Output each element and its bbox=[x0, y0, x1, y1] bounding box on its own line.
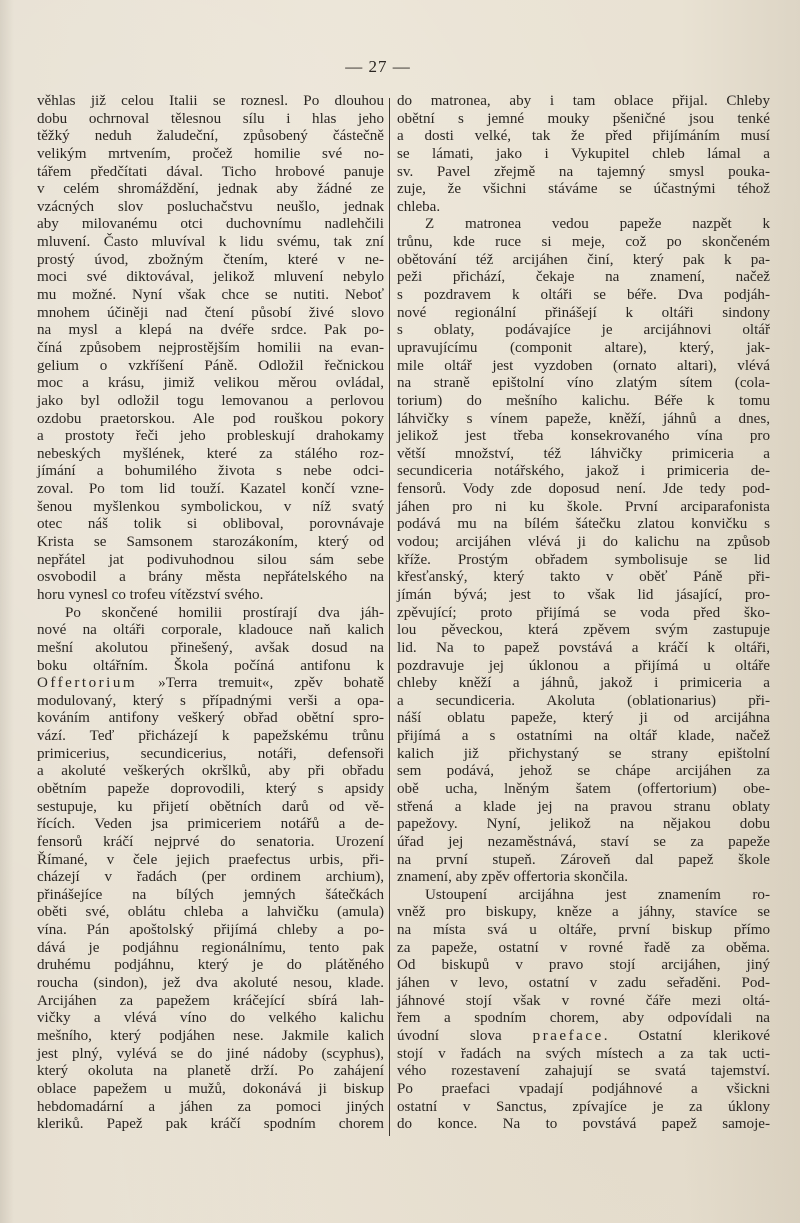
text-line: znamení, aby zpěv offertoria skončila. bbox=[397, 869, 770, 887]
column-divider bbox=[389, 98, 390, 1136]
text-line: mešní akolutou přinešený, avšak dosud na bbox=[37, 640, 384, 658]
spaced-term: Offertorium bbox=[37, 675, 137, 691]
text-line: chleba. bbox=[397, 199, 770, 217]
text-line: moc a krásu, jimiž velikou měrou ovládal… bbox=[37, 375, 384, 393]
text-line: primicerius, secundicerius, notáři, defe… bbox=[37, 746, 384, 764]
text-line: šenou myšlenkou symbolickou, v níž svatý bbox=[37, 499, 384, 517]
text-line: trůnu, kde ruce si meje, což po skončené… bbox=[397, 234, 770, 252]
text-line: boku oltářním. Škola počíná antifonu k bbox=[37, 658, 384, 676]
text-line: křesťanský, který takto v oběť Páně při- bbox=[397, 569, 770, 587]
text-line: vází. Teď přicházejí k papežskému trůnu bbox=[37, 728, 384, 746]
text-line: kříže. Prostým obřadem symbolisuje se li… bbox=[397, 552, 770, 570]
text-line: sv. Pavel zřejmě na tajemný smysl pouka- bbox=[397, 164, 770, 182]
text-line: s pozdravem k oltáři se béře. Dva podjáh… bbox=[397, 287, 770, 305]
text-line: horu vynesl co trofeu vítězství svého. bbox=[37, 587, 384, 605]
text-line: moci své diktovával, jelikož mluvení neb… bbox=[37, 269, 384, 287]
text-line: secundiceria notářského, jakož i primice… bbox=[397, 463, 770, 481]
text-line: lid. Na to papež povstává a kráčí k oltá… bbox=[397, 640, 770, 658]
page-number: — 27 — bbox=[338, 57, 418, 77]
text-line: řem a spodním chorem, aby odpovídali na bbox=[397, 1010, 770, 1028]
text-line: jáhen pro ni ku škole. První arciparafon… bbox=[397, 499, 770, 517]
text-line: vína. Pán apoštolský přijímá chleby a po… bbox=[37, 922, 384, 940]
text-line: pozdravuje jej úklonou a přijímá u oltář… bbox=[397, 658, 770, 676]
text-line: gelium o vzkříšení Páně. Odložil řečnick… bbox=[37, 358, 384, 376]
text-line: tářem předčítati dával. Ticho hrobové pa… bbox=[37, 164, 384, 182]
text-line: stojí v řadách na svých místech a za tak… bbox=[397, 1046, 770, 1064]
text-line: láhvičky s vínem papeže, kněží, jáhnů a … bbox=[397, 411, 770, 429]
text-line: roucha (sindon), jež dva akoluté nesou, … bbox=[37, 975, 384, 993]
text-line: a secundiceria. Akoluta (oblationarius) … bbox=[397, 693, 770, 711]
text-line: Římané, v čele jejich praefectus urbis, … bbox=[37, 852, 384, 870]
text-line: zoval. Po tom lid touží. Kazatel končí v… bbox=[37, 481, 384, 499]
text-line: oběti své, oblátu chleba a lahvičku (amu… bbox=[37, 904, 384, 922]
text-line: přinášejíce na bílých jemných šátečkách bbox=[37, 887, 384, 905]
text-line: Od biskupů v pravo stojí arcijáhen, jiný bbox=[397, 957, 770, 975]
text-line: střená a klade jej na pravou stranu obla… bbox=[397, 799, 770, 817]
text-line: kováním antifony veškerý obřad obětní sp… bbox=[37, 710, 384, 728]
text-line: nebeských myšlének, které za stálého roz… bbox=[37, 446, 384, 464]
text-line: číná způsobem nejprostějším homilii na e… bbox=[37, 340, 384, 358]
text-line: nové na oltáři corporale, kladouce naň k… bbox=[37, 622, 384, 640]
text-line: úvodní slova praeface. Ostatní klerikové bbox=[397, 1028, 770, 1046]
text-line: jáhen v levo, ostatní v zadu seřaděni. P… bbox=[397, 975, 770, 993]
text-line: druhému podjáhnu, který je do plátěného bbox=[37, 957, 384, 975]
text-line: a dosti velké, tak že před přijímáním mu… bbox=[397, 128, 770, 146]
text-line: vodou; arcijáhen vlévá ji do kalichu na … bbox=[397, 534, 770, 552]
text-line: vičky a vlévá víno do velkého kalichu bbox=[37, 1010, 384, 1028]
text-line: jelikož jest třeba konsekrovaného vína p… bbox=[397, 428, 770, 446]
text-line: oblace papežem u mužů, dokonává ji bisku… bbox=[37, 1081, 384, 1099]
spaced-term: praeface bbox=[533, 1028, 604, 1044]
text-line: zpěvující; proto přijímá se voda před šk… bbox=[397, 605, 770, 623]
text-line: Z matronea vedou papeže nazpět k bbox=[397, 216, 770, 234]
text-line: sem podává, jehož se chápe arcijáhen za bbox=[397, 763, 770, 781]
text-line: jímán bývá; jest to však lid jásající, p… bbox=[397, 587, 770, 605]
text-line: Arcijáhen za papežem kráčející sbírá lah… bbox=[37, 993, 384, 1011]
text-line: a prostoty řeči jeho probleskují drahoka… bbox=[37, 428, 384, 446]
text-line: do matronea, aby i tam oblace přijal. Ch… bbox=[397, 93, 770, 111]
text-line: osvobodil a brány města nepřátelského na bbox=[37, 569, 384, 587]
text-line: a akoluté veškerých okršlků, aby při obř… bbox=[37, 763, 384, 781]
right-column: do matronea, aby i tam oblace přijal. Ch… bbox=[397, 93, 770, 1134]
text-line: hebdomadární a jáhen za pomoci jiných bbox=[37, 1099, 384, 1117]
text-line: jako byl odložil togu lemovanou a perlov… bbox=[37, 393, 384, 411]
text-line: dává je podjáhnu regionálnímu, tento pak bbox=[37, 940, 384, 958]
text-line: jáhnové stojí však v rovné čáře mezi olt… bbox=[397, 993, 770, 1011]
text-line: na místa svá u oltáře, první biskup přím… bbox=[397, 922, 770, 940]
text-line: fensorů. Vody zde doposud není. Jde tedy… bbox=[397, 481, 770, 499]
text-line: peži přichází, čekaje na znamení, načež bbox=[397, 269, 770, 287]
text-line: otec náš tolik si obliboval, porovnávaje bbox=[37, 516, 384, 534]
text-line: který okoluta na planetě drží. Po zaháje… bbox=[37, 1063, 384, 1081]
text-line: v celém shromáždění, jednak aby žádné ze bbox=[37, 181, 384, 199]
text-line: Po skončené homilii prostírají dva jáh- bbox=[37, 605, 384, 623]
text-line: Po praefaci vpadají podjáhnové a všickni bbox=[397, 1081, 770, 1099]
text-line: obě ucha, lněným šatem (offertorium) obe… bbox=[397, 781, 770, 799]
text-line: větší množství, též láhvičky primiceria … bbox=[397, 446, 770, 464]
text-line: vněž pro biskupy, kněze a jáhny, stavíce… bbox=[397, 904, 770, 922]
text-line: na první stupeň. Zároveň dal papež škole bbox=[397, 852, 770, 870]
text-line: přijímá a s ostatními na oltář klade, na… bbox=[397, 728, 770, 746]
text-line: torium) do mešního kalichu. Béře k tomu bbox=[397, 393, 770, 411]
text-line: sestupuje, ku přijetí obětních darů od v… bbox=[37, 799, 384, 817]
text-line: obětním papeže doprovodili, který s apsi… bbox=[37, 781, 384, 799]
text-line: ostatní v Sanctus, zpívajíce je za úklon… bbox=[397, 1099, 770, 1117]
text-line: cházejí v řadách (per ordinem archium), bbox=[37, 869, 384, 887]
text-line: kleriků. Papež pak kráčí spodním chorem bbox=[37, 1116, 384, 1134]
text-line: Krista se Samsonem starozákoním, který o… bbox=[37, 534, 384, 552]
text-line: obětní s jemné mouky pšeničné jsou tenké bbox=[397, 111, 770, 129]
text-line: papežovy. Nyní, jelikož na nějakou dobu bbox=[397, 816, 770, 834]
text-line: řících. Veden jsa primiceriem notářů a d… bbox=[37, 816, 384, 834]
text-line: věhlas již celou Italii se roznesl. Po d… bbox=[37, 93, 384, 111]
text-line: náší oblatu papeže, který ji od arcijáhn… bbox=[397, 710, 770, 728]
text-line: prostý úvod, zbožným čtením, které v ne- bbox=[37, 252, 384, 270]
text-line: na mysl a klepá na dvéře srdce. Pak po- bbox=[37, 322, 384, 340]
text-line: do konce. Na to povstává papež samoje- bbox=[397, 1116, 770, 1134]
text-line: lou pěveckou, která zpěvem svým zastupuj… bbox=[397, 622, 770, 640]
text-line: aby milovanému otci duchovnímu nadlehčil… bbox=[37, 216, 384, 234]
text-line: nové regionální přinášejí k oltáři sindo… bbox=[397, 305, 770, 323]
text-line: podává mu na bílém šátečku zlatou konvič… bbox=[397, 516, 770, 534]
text-line: za papeže, ostatní v rovné řadě za oběma… bbox=[397, 940, 770, 958]
text-line: jest plný, vylévá se do jiné nádoby (scy… bbox=[37, 1046, 384, 1064]
text-line: Ustoupení arcijáhna jest znamením ro- bbox=[397, 887, 770, 905]
text-line: na straně epištolní víno zlatým sítem (c… bbox=[397, 375, 770, 393]
text-line: kalich již přichystaný se strany epištol… bbox=[397, 746, 770, 764]
text-line: velikým mrtvením, pročež homilie své no- bbox=[37, 146, 384, 164]
text-line: mnohem účiněji nad čtení působí živé slo… bbox=[37, 305, 384, 323]
text-line: vzácných slov posluchačstvu neušlo, jedn… bbox=[37, 199, 384, 217]
text-line: vého rozestavení zahajují se svatá tajem… bbox=[397, 1063, 770, 1081]
text-line: nepřátel jat podivuhodnou silou sám sebe bbox=[37, 552, 384, 570]
text-line: úřad jej nezaměstnává, staví se za papež… bbox=[397, 834, 770, 852]
text-line: Offertorium »Terra tremuit«, zpěv bohatě bbox=[37, 675, 384, 693]
text-line: mile oltář jest vyzdoben (ornato altari)… bbox=[397, 358, 770, 376]
text-line: s oblaty, podávajíce je arcijáhnovi oltá… bbox=[397, 322, 770, 340]
text-line: upravujícímu (componit altare), který, j… bbox=[397, 340, 770, 358]
text-line: těžký neduh žaludeční, způsobený částečn… bbox=[37, 128, 384, 146]
text-line: modulovaný, který s případnými verši a o… bbox=[37, 693, 384, 711]
text-line: jímání a bohumilého života s nebe odci- bbox=[37, 463, 384, 481]
book-page: — 27 — věhlas již celou Italii se roznes… bbox=[0, 0, 800, 1223]
text-line: fensorů kráčí nejprvé do senatoria. Uroz… bbox=[37, 834, 384, 852]
text-line: chleby kněží a jáhnů, jakož i primiceria… bbox=[397, 675, 770, 693]
left-column: věhlas již celou Italii se roznesl. Po d… bbox=[37, 93, 384, 1134]
text-line: mluvení. Často mluvíval k lidu svému, ta… bbox=[37, 234, 384, 252]
text-line: zuje, že všichni stáváme se účastnými té… bbox=[397, 181, 770, 199]
text-line: obětování též arcijáhen činí, který pak … bbox=[397, 252, 770, 270]
text-line: ozdobu praetorskou. Ale pod rouškou poko… bbox=[37, 411, 384, 429]
text-line: mu možné. Nyní však chce se nutiti. Nebo… bbox=[37, 287, 384, 305]
text-line: mešního, který podjáhen nese. Jakmile ka… bbox=[37, 1028, 384, 1046]
text-line: se lámati, jako i Vykupitel chleb lámal … bbox=[397, 146, 770, 164]
text-line: dobu ochrnoval tělesnou sílu i hlas jeho bbox=[37, 111, 384, 129]
